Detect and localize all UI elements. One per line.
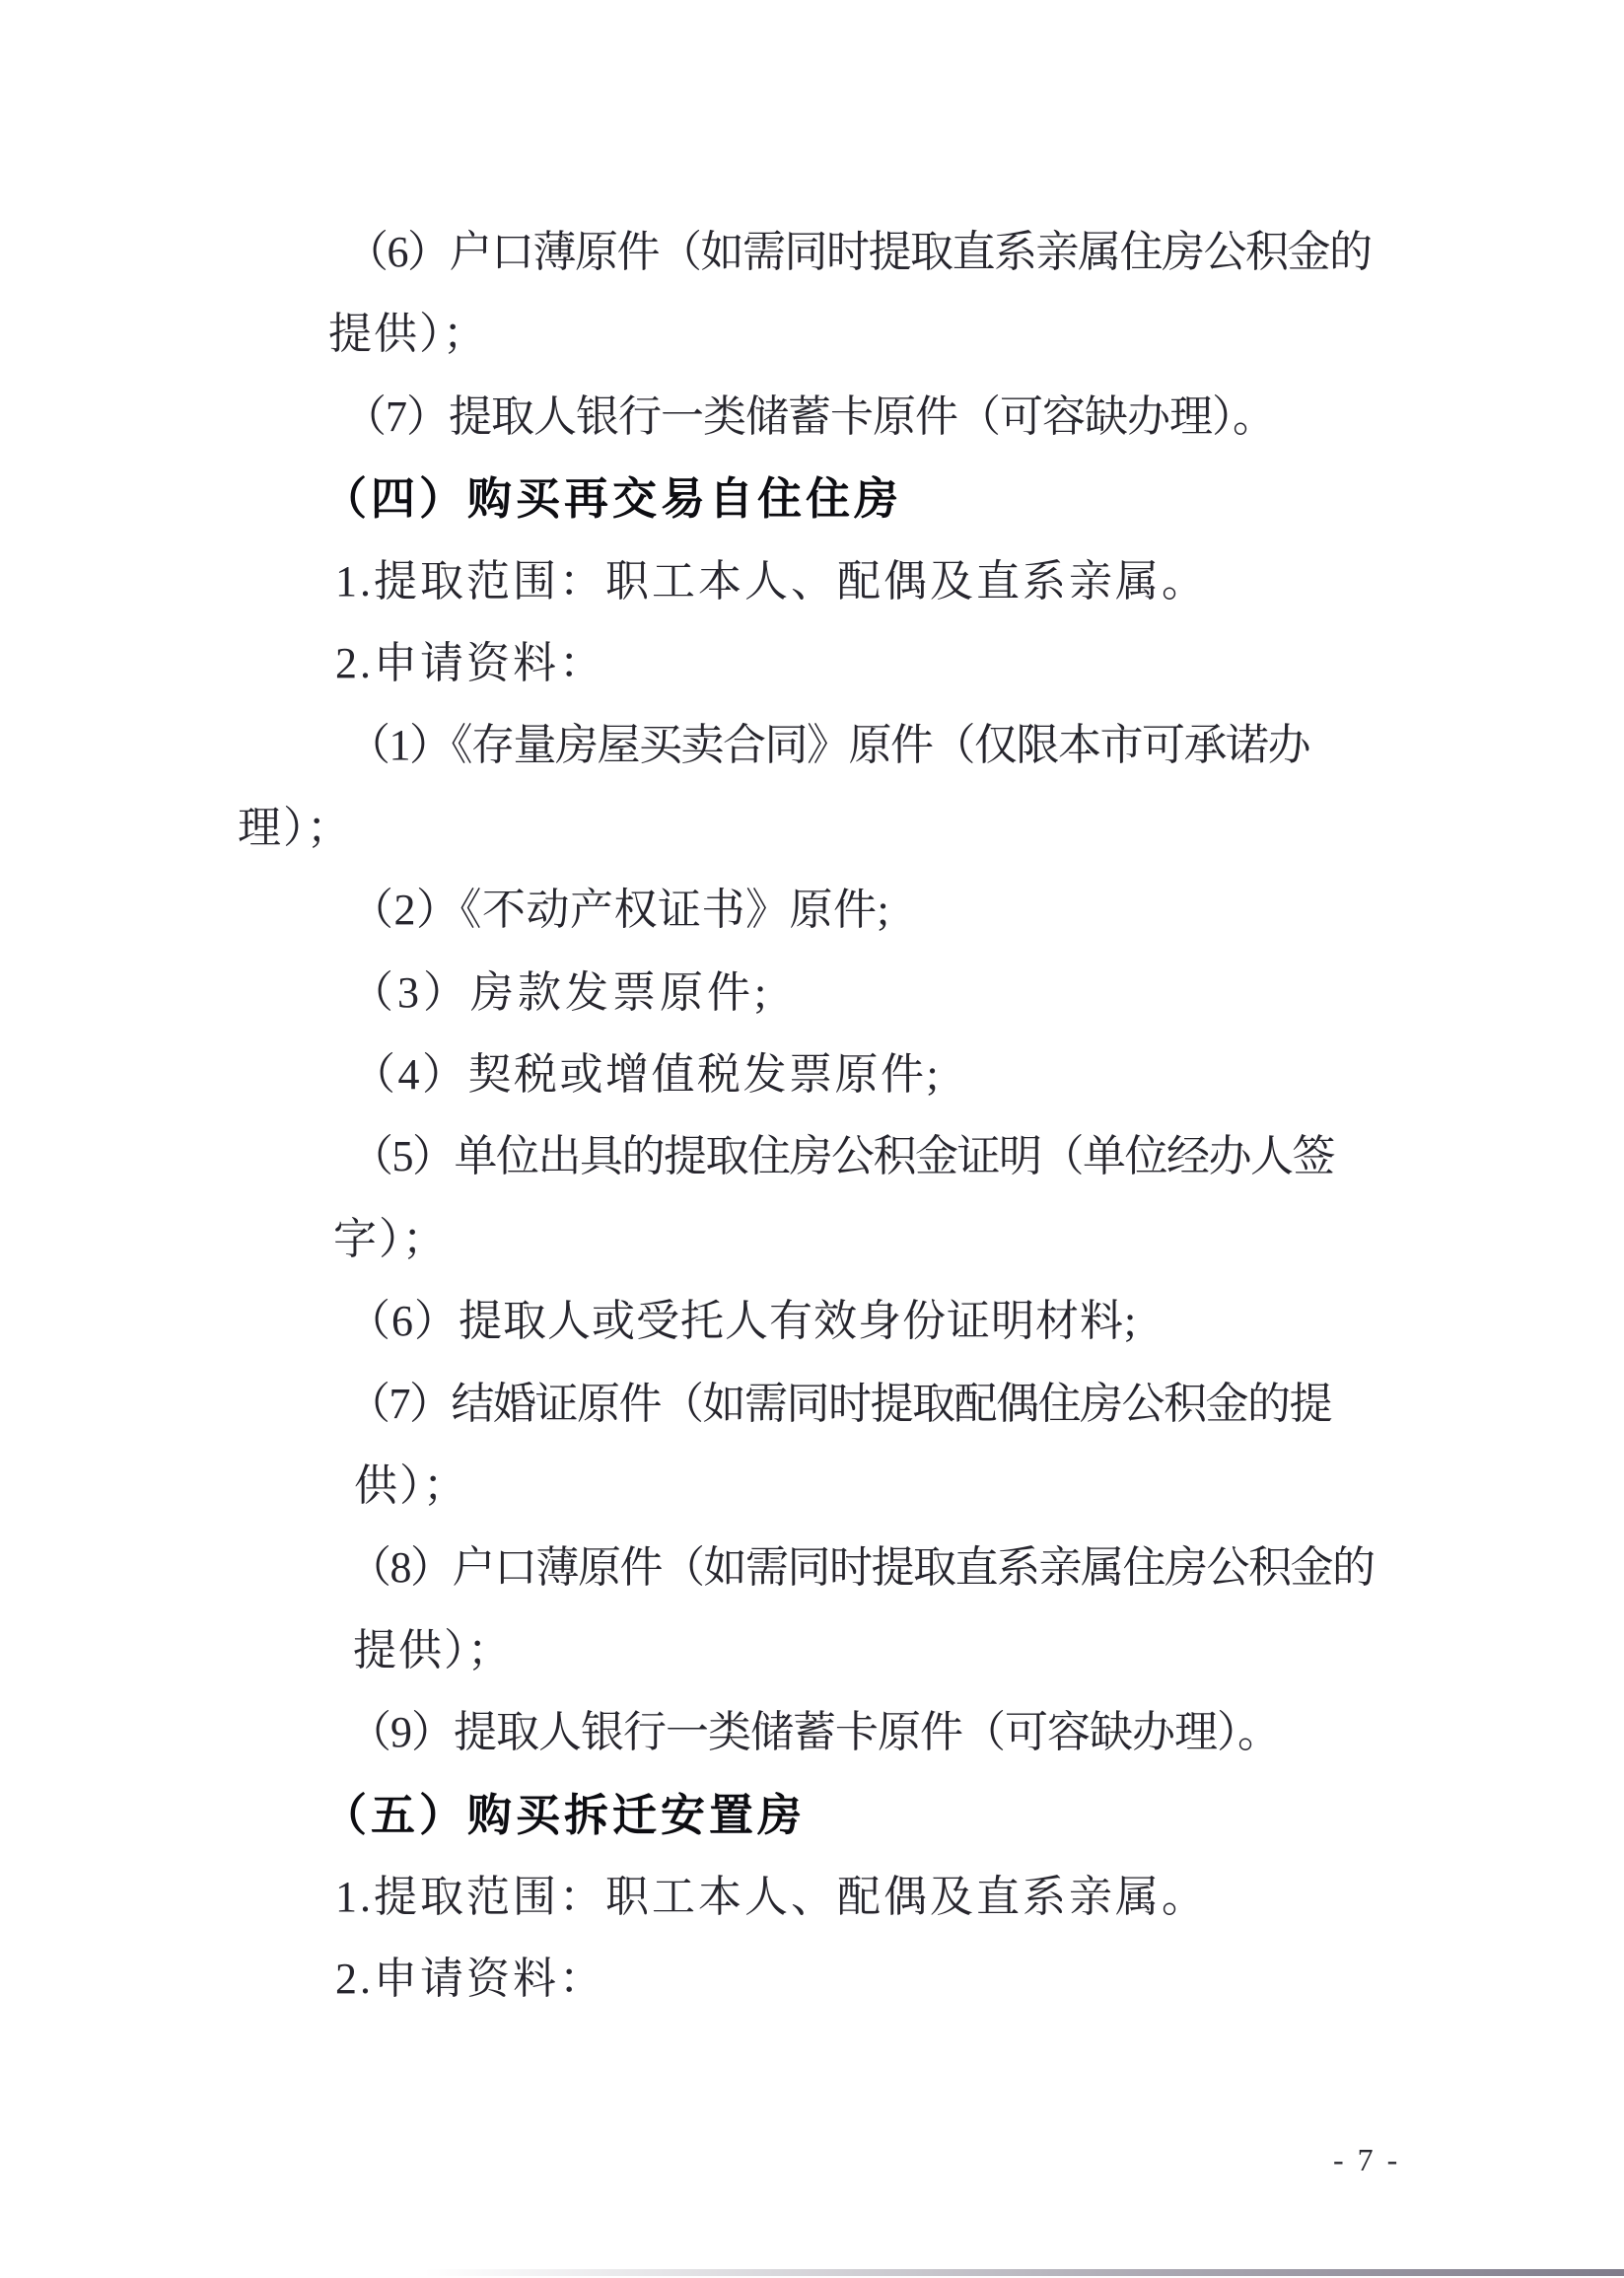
text-line: （6）提取人或受托人有效身份证明材料; bbox=[347, 1295, 1137, 1348]
text-line: （9）提取人银行一类储蓄卡原件（可容缺办理）。 bbox=[348, 1706, 1280, 1759]
text-line: （7）提取人银行一类储蓄卡原件（可容缺办理）。 bbox=[343, 391, 1275, 444]
text-line: 1.提取范围：职工本人、配偶及直系亲属。 bbox=[335, 555, 1208, 608]
text-line: 字）； bbox=[333, 1213, 448, 1266]
text-line: （7）结婚证原件（如需同时提取配偶住房公积金的提 bbox=[347, 1378, 1331, 1431]
page-number: - 7 - bbox=[1333, 2142, 1400, 2177]
section-heading: （四）购买再交易自住住房 bbox=[322, 472, 902, 526]
scan-edge-artifact bbox=[424, 2269, 1624, 2276]
text-line: 理）； bbox=[238, 802, 352, 855]
text-line: （6）户口薄原件（如需同时提取直系亲属住房公积金的 bbox=[345, 226, 1372, 279]
document-page: （6）户口薄原件（如需同时提取直系亲属住房公积金的提供）；（7）提取人银行一类储… bbox=[0, 0, 1624, 2278]
text-line: 提供）； bbox=[353, 1624, 513, 1677]
text-line: （1）《存量房屋买卖合同》原件（仅限本市可承诺办 bbox=[347, 719, 1309, 772]
text-line: 1.提取范围：职工本人、配偶及直系亲属。 bbox=[335, 1871, 1208, 1924]
text-line: 2.申请资料： bbox=[335, 637, 605, 690]
text-line: （4）契税或增值税发票原件; bbox=[352, 1048, 941, 1102]
text-line: （2）《不动产权证书》原件; bbox=[350, 884, 889, 937]
document-body: （6）户口薄原件（如需同时提取直系亲属住房公积金的提供）；（7）提取人银行一类储… bbox=[0, 0, 1624, 2278]
text-line: （5）单位出具的提取住房公积金证明（单位经办人签 bbox=[350, 1130, 1334, 1183]
text-line: （8）户口薄原件（如需同时提取直系亲属住房公积金的 bbox=[348, 1541, 1375, 1595]
text-line: （3）房款发票原件; bbox=[350, 966, 770, 1020]
text-line: 供）； bbox=[354, 1459, 468, 1513]
text-line: 提供）； bbox=[328, 308, 488, 361]
text-line: 2.申请资料： bbox=[335, 1953, 605, 2006]
section-heading: （五）购买拆迁安置房 bbox=[322, 1789, 806, 1842]
